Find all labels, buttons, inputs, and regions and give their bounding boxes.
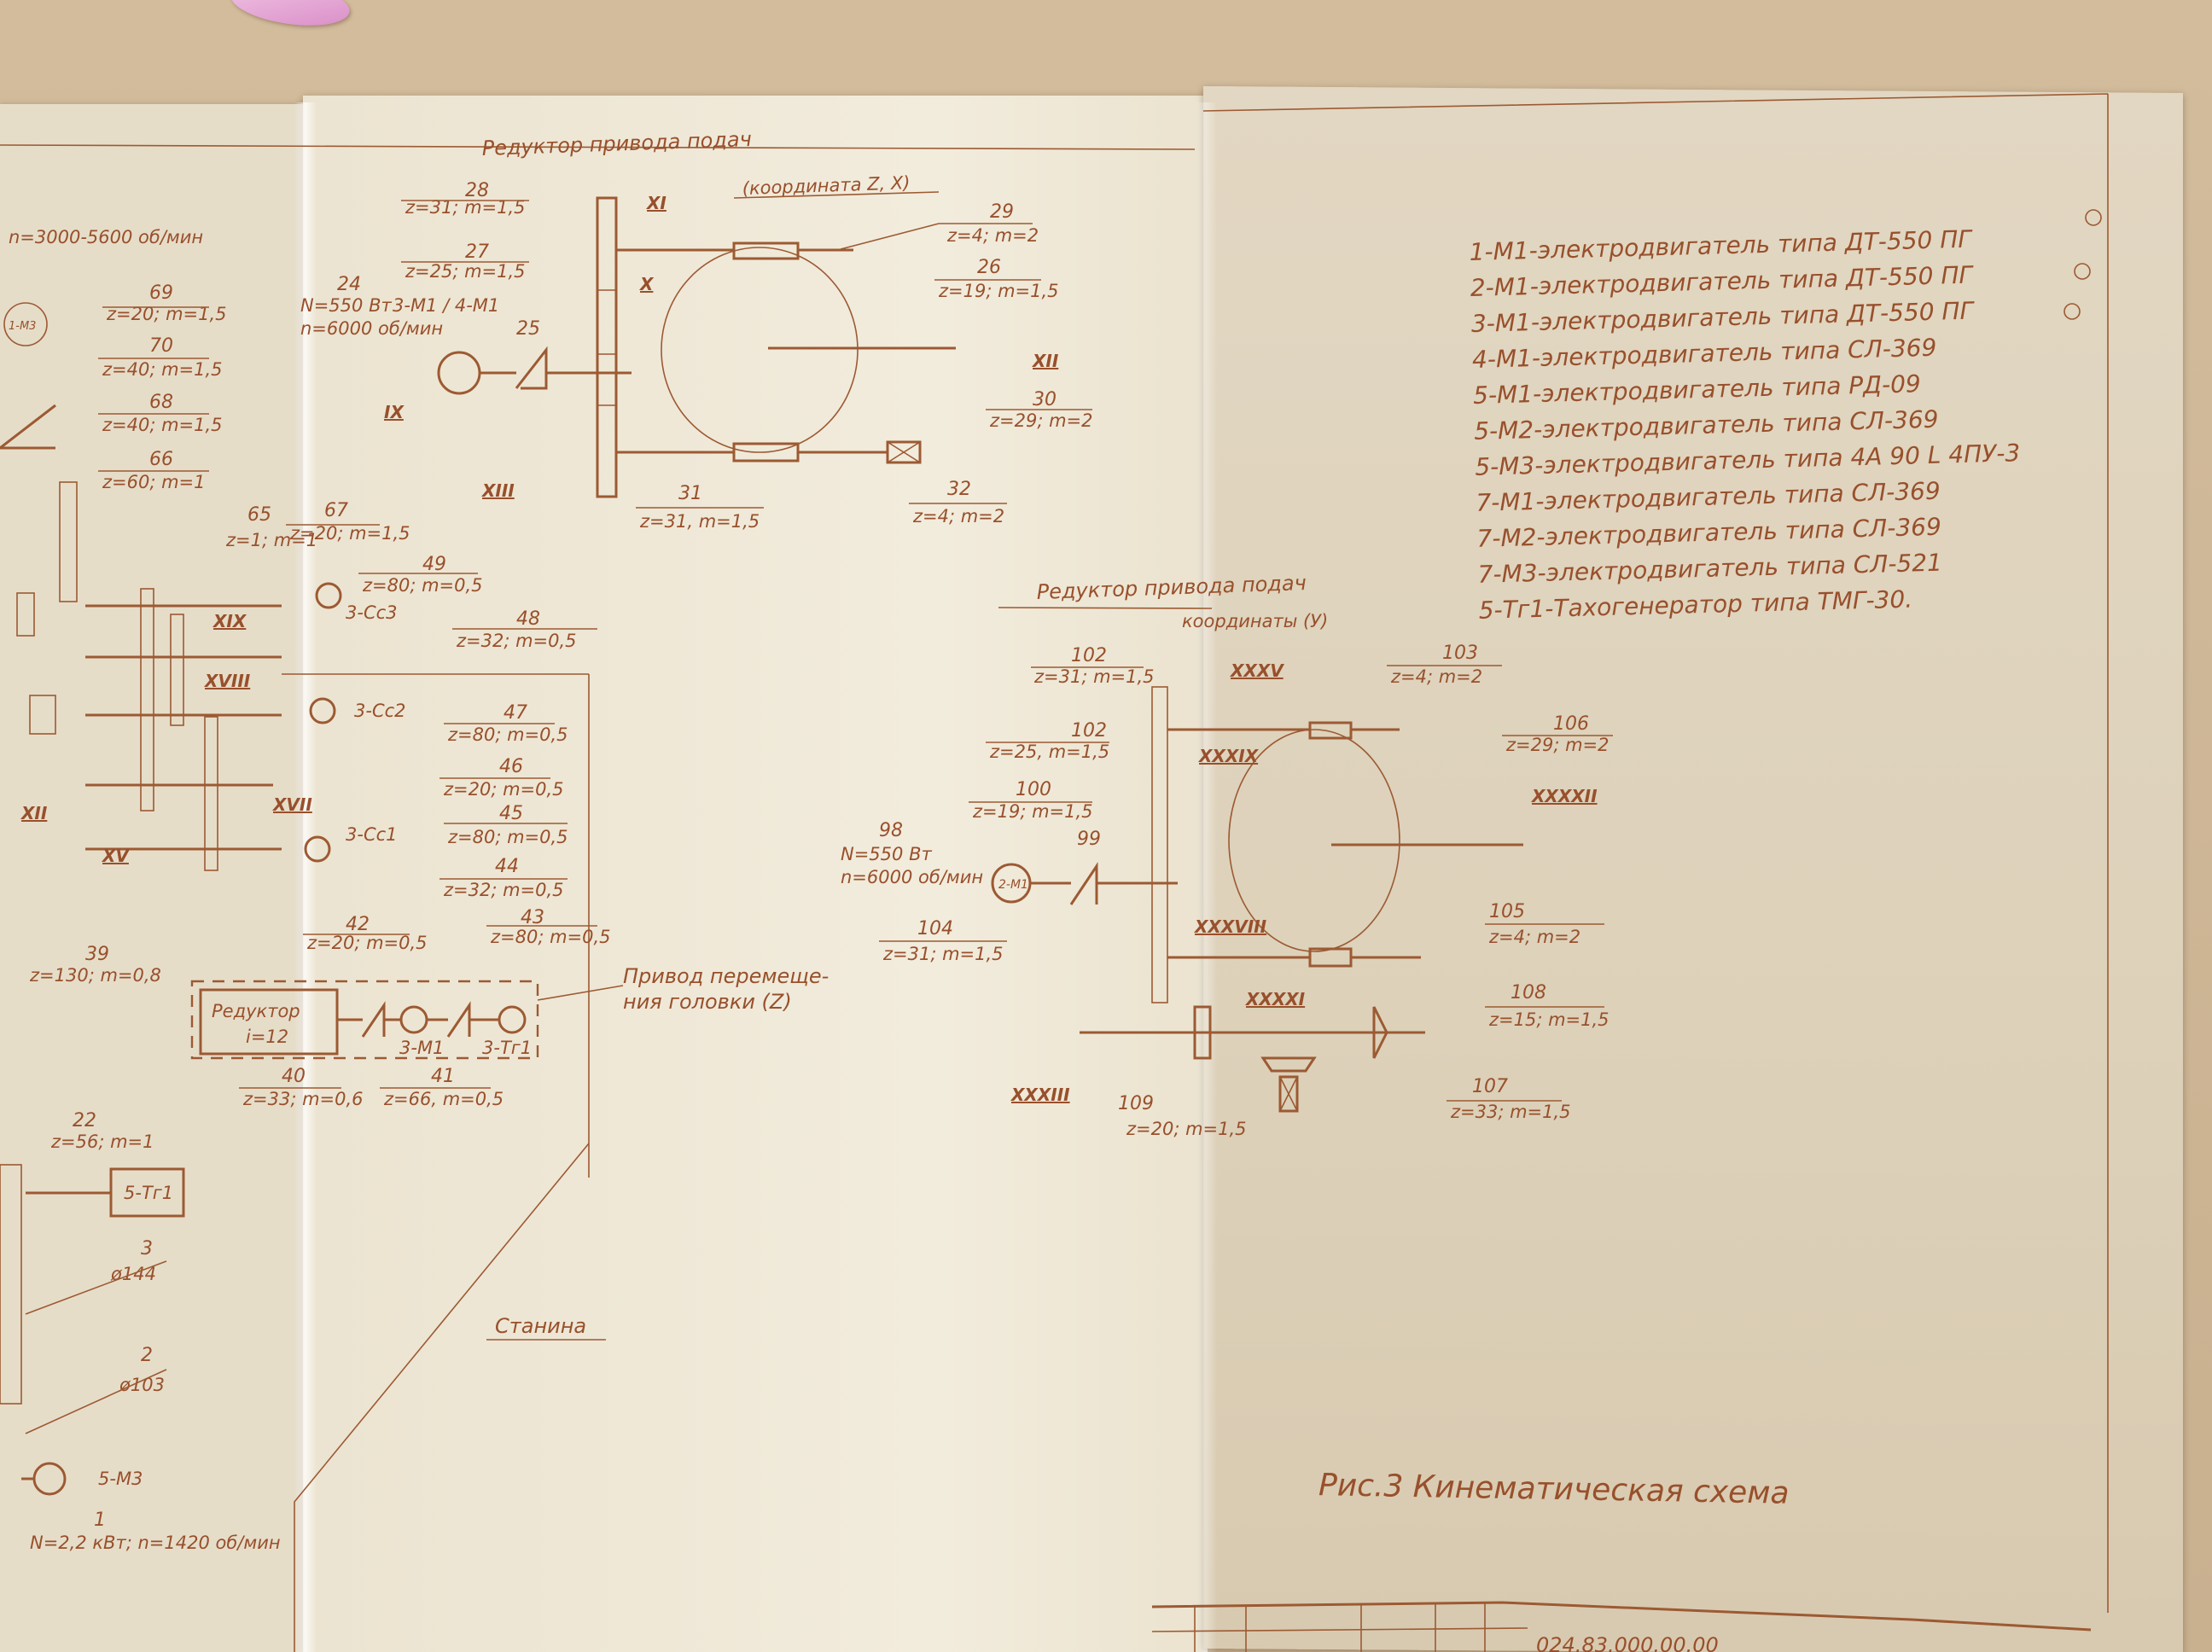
svg-text:3-Сс1: 3-Сс1 [346, 824, 398, 845]
clutch-icon [516, 350, 546, 388]
svg-text:z=40; m=1,5: z=40; m=1,5 [102, 359, 223, 380]
svg-text:z=4; m=2: z=4; m=2 [1488, 927, 1580, 947]
svg-text:45: 45 [499, 803, 523, 824]
svg-text:5-Тг1: 5-Тг1 [124, 1183, 173, 1203]
motor-bottom-icon [34, 1463, 65, 1494]
svg-text:z=56; m=1: z=56; m=1 [50, 1131, 154, 1152]
svg-text:ния головки (Z): ния головки (Z) [623, 990, 792, 1014]
svg-text:z=4; m=2: z=4; m=2 [946, 225, 1039, 246]
svg-text:1-М3: 1-М3 [9, 320, 36, 333]
reducer-y-subtitle: координаты (У) [1182, 611, 1328, 631]
svg-text:z=80; m=0,5: z=80; m=0,5 [447, 827, 568, 847]
svg-text:z=80; m=0,5: z=80; m=0,5 [490, 927, 611, 947]
legend-item: 7-М3-электродвигатель типа СЛ-521 [1477, 549, 1942, 589]
svg-text:z=25, m=1,5: z=25, m=1,5 [989, 742, 1109, 762]
svg-text:46: 46 [499, 756, 523, 777]
svg-text:XVII: XVII [271, 794, 312, 815]
svg-text:44: 44 [495, 856, 519, 877]
svg-text:109: 109 [1118, 1093, 1154, 1114]
gear-train-plate-y [1152, 687, 1167, 1003]
legend-item: 2-М1-электродвигатель типа ДТ-550 ПГ [1470, 261, 1974, 302]
svg-text:XV: XV [101, 846, 130, 866]
svg-text:24: 24 [337, 274, 361, 295]
svg-text:z=66, m=0,5: z=66, m=0,5 [383, 1089, 504, 1109]
reducer-x-title: Редуктор привода подач [481, 127, 752, 160]
worm-wheel [661, 247, 858, 452]
svg-text:5-М3: 5-М3 [98, 1469, 143, 1489]
svg-text:70: 70 [149, 335, 173, 357]
svg-text:2-М1: 2-М1 [998, 878, 1028, 892]
tacho-head-icon [499, 1007, 525, 1032]
svg-text:107: 107 [1472, 1076, 1508, 1097]
svg-text:z=60; m=1: z=60; m=1 [102, 472, 206, 492]
svg-text:Редуктор: Редуктор [212, 1001, 300, 1021]
svg-text:3-Сс3: 3-Сс3 [346, 602, 398, 623]
head-drive-group: Редуктор i=12 3-М1 3-Тг1 Привод перемеще… [192, 907, 829, 1109]
svg-text:n=3000-5600 об/мин: n=3000-5600 об/мин [9, 227, 203, 247]
legend-item: 7-М1-электродвигатель типа СЛ-369 [1476, 477, 1941, 517]
svg-text:z=20; m=0,5: z=20; m=0,5 [306, 933, 428, 953]
kinematic-drawing: 1-М1-электродвигатель типа ДТ-550 ПГ 2-М… [0, 0, 2212, 1652]
svg-text:22: 22 [73, 1110, 96, 1131]
reducer-x-group: Редуктор привода подач (координата Z, X)… [300, 127, 1093, 532]
svg-text:26: 26 [977, 257, 1001, 278]
legend-item: 5-М2-электродвигатель типа СЛ-369 [1474, 405, 1939, 445]
svg-text:98: 98 [879, 820, 903, 841]
legend-item: 5-М3-электродвигатель типа 4А 90 L 4ПУ-3 [1475, 439, 2021, 481]
svg-text:3: 3 [141, 1238, 153, 1259]
svg-text:z=31, m=1,5: z=31, m=1,5 [639, 511, 760, 532]
svg-text:48: 48 [516, 608, 540, 630]
svg-text:47: 47 [504, 702, 527, 724]
legend-item: 1-М1-электродвигатель типа ДТ-550 ПГ [1469, 225, 1973, 266]
stamp-marks [2064, 210, 2101, 319]
svg-text:103: 103 [1442, 643, 1478, 664]
svg-text:z=20; m=1,5: z=20; m=1,5 [1126, 1119, 1247, 1139]
svg-text:ø103: ø103 [119, 1375, 165, 1395]
stamp-circle-icon [2086, 210, 2101, 225]
svg-text:z=31; m=1,5: z=31; m=1,5 [1033, 666, 1155, 687]
svg-text:69: 69 [149, 282, 173, 304]
svg-text:z=19; m=1,5: z=19; m=1,5 [972, 801, 1093, 822]
svg-text:X: X [638, 274, 655, 294]
svg-text:XI: XI [645, 193, 667, 213]
svg-text:z=31; m=1,5: z=31; m=1,5 [882, 944, 1004, 964]
svg-text:XIX: XIX [212, 611, 247, 631]
drawing-code: 024.83.000.00.00 [1536, 1633, 1719, 1652]
svg-text:XXXXI: XXXXI [1244, 989, 1306, 1009]
title-block: 024.83.000.00.00 [1152, 1603, 2091, 1652]
svg-text:2: 2 [141, 1345, 153, 1366]
reducer-y-title: Редуктор привода подач [1036, 571, 1307, 604]
svg-text:z=40; m=1,5: z=40; m=1,5 [102, 415, 223, 435]
coupling-icon [317, 584, 341, 608]
svg-text:40: 40 [282, 1066, 306, 1087]
svg-text:39: 39 [85, 944, 109, 965]
svg-text:N=550 Вт: N=550 Вт [300, 295, 392, 316]
svg-text:3-Сс2: 3-Сс2 [354, 701, 406, 721]
svg-text:n=6000 об/мин: n=6000 об/мин [300, 318, 443, 339]
svg-text:z=29; m=2: z=29; m=2 [989, 410, 1093, 431]
svg-text:z=4; m=2: z=4; m=2 [1390, 666, 1482, 687]
svg-text:100: 100 [1016, 779, 1051, 800]
svg-text:99: 99 [1077, 829, 1101, 850]
figure-caption: Рис.3 Кинематическая схема [1318, 1468, 1790, 1511]
legend-item: 4-М1-электродвигатель типа СЛ-369 [1472, 334, 1937, 374]
svg-text:XVIII: XVIII [203, 671, 251, 691]
svg-text:32: 32 [947, 479, 971, 500]
svg-text:z=20; m=0,5: z=20; m=0,5 [443, 779, 564, 800]
svg-text:105: 105 [1489, 901, 1525, 922]
svg-text:XXXIII: XXXIII [1010, 1085, 1070, 1105]
svg-text:N=550 Вт: N=550 Вт [841, 844, 932, 864]
legend-item: 5-М1-электродвигатель типа РД-09 [1473, 369, 1921, 410]
stamp-circle-icon [2064, 304, 2080, 319]
svg-text:z=15; m=1,5: z=15; m=1,5 [1488, 1009, 1610, 1030]
svg-text:1: 1 [94, 1509, 106, 1531]
svg-text:n=6000 об/мин: n=6000 об/мин [841, 867, 983, 887]
svg-text:102: 102 [1071, 720, 1107, 742]
svg-text:68: 68 [149, 392, 173, 413]
svg-text:XII: XII [1031, 351, 1059, 371]
svg-text:z=29; m=2: z=29; m=2 [1505, 735, 1610, 755]
clutch-icon [1071, 866, 1097, 905]
reducer-y-group: Редуктор привода подач координаты (У) 2-… [841, 571, 1613, 1139]
legend: 1-М1-электродвигатель типа ДТ-550 ПГ 2-М… [1469, 224, 2024, 625]
svg-text:Станина: Станина [495, 1314, 586, 1338]
gear-train-plate [597, 198, 616, 497]
svg-text:XXXV: XXXV [1229, 660, 1284, 681]
caption-group: Рис.3 Кинематическая схема [1318, 1468, 1790, 1511]
svg-text:z=25; m=1,5: z=25; m=1,5 [405, 261, 526, 282]
svg-text:z=1; m=1: z=1; m=1 [225, 530, 317, 550]
svg-text:104: 104 [917, 918, 953, 939]
svg-text:N=2,2 кВт; n=1420 об/мин: N=2,2 кВт; n=1420 об/мин [30, 1533, 281, 1553]
svg-text:i=12: i=12 [246, 1027, 288, 1047]
svg-text:29: 29 [990, 201, 1014, 223]
svg-text:Привод перемеще-: Привод перемеще- [623, 964, 829, 988]
svg-text:z=19; m=1,5: z=19; m=1,5 [938, 281, 1059, 301]
svg-text:30: 30 [1033, 389, 1057, 410]
svg-text:z=130; m=0,8: z=130; m=0,8 [29, 965, 161, 986]
svg-text:z=32; m=0,5: z=32; m=0,5 [443, 880, 564, 900]
svg-text:31: 31 [678, 483, 702, 504]
svg-text:3-Тг1: 3-Тг1 [482, 1038, 532, 1058]
stamp-circle-icon [2075, 264, 2090, 279]
svg-text:XXXXII: XXXXII [1530, 786, 1598, 806]
svg-text:z=80; m=0,5: z=80; m=0,5 [362, 575, 483, 596]
worm-upper [734, 243, 798, 259]
motor-head-icon [401, 1007, 427, 1032]
svg-text:IX: IX [384, 402, 405, 422]
svg-text:z=80; m=0,5: z=80; m=0,5 [447, 724, 568, 745]
svg-text:108: 108 [1511, 982, 1546, 1003]
svg-text:102: 102 [1071, 645, 1107, 666]
svg-text:XXXIX: XXXIX [1197, 746, 1260, 766]
svg-text:XXXVIII: XXXVIII [1193, 916, 1267, 937]
svg-text:z=32; m=0,5: z=32; m=0,5 [456, 631, 577, 651]
svg-text:106: 106 [1553, 713, 1589, 735]
motor-x-icon [439, 352, 480, 393]
legend-item: 5-Тг1-Тахогенератор типа ТМГ-30. [1478, 585, 1912, 625]
svg-text:z=4; m=2: z=4; m=2 [912, 506, 1004, 526]
svg-text:z=33; m=0,6: z=33; m=0,6 [242, 1089, 364, 1109]
svg-text:49: 49 [422, 554, 446, 575]
svg-text:3-М1 / 4-М1: 3-М1 / 4-М1 [393, 295, 499, 316]
svg-text:67: 67 [324, 500, 348, 521]
coupling-icon [311, 699, 335, 723]
svg-text:25: 25 [516, 318, 540, 340]
svg-text:XII: XII [20, 803, 48, 823]
coupling-icon [306, 837, 329, 861]
svg-text:27: 27 [465, 241, 489, 263]
svg-text:z=33; m=1,5: z=33; m=1,5 [1450, 1102, 1571, 1122]
legend-item: 7-М2-электродвигатель типа СЛ-369 [1476, 513, 1941, 553]
svg-text:41: 41 [431, 1066, 455, 1087]
svg-text:XIII: XIII [480, 480, 515, 501]
legend-item: 3-М1-электродвигатель типа ДТ-550 ПГ [1471, 297, 1976, 338]
svg-text:65: 65 [247, 504, 271, 526]
svg-text:66: 66 [149, 449, 173, 470]
svg-text:3-М1: 3-М1 [399, 1038, 444, 1058]
